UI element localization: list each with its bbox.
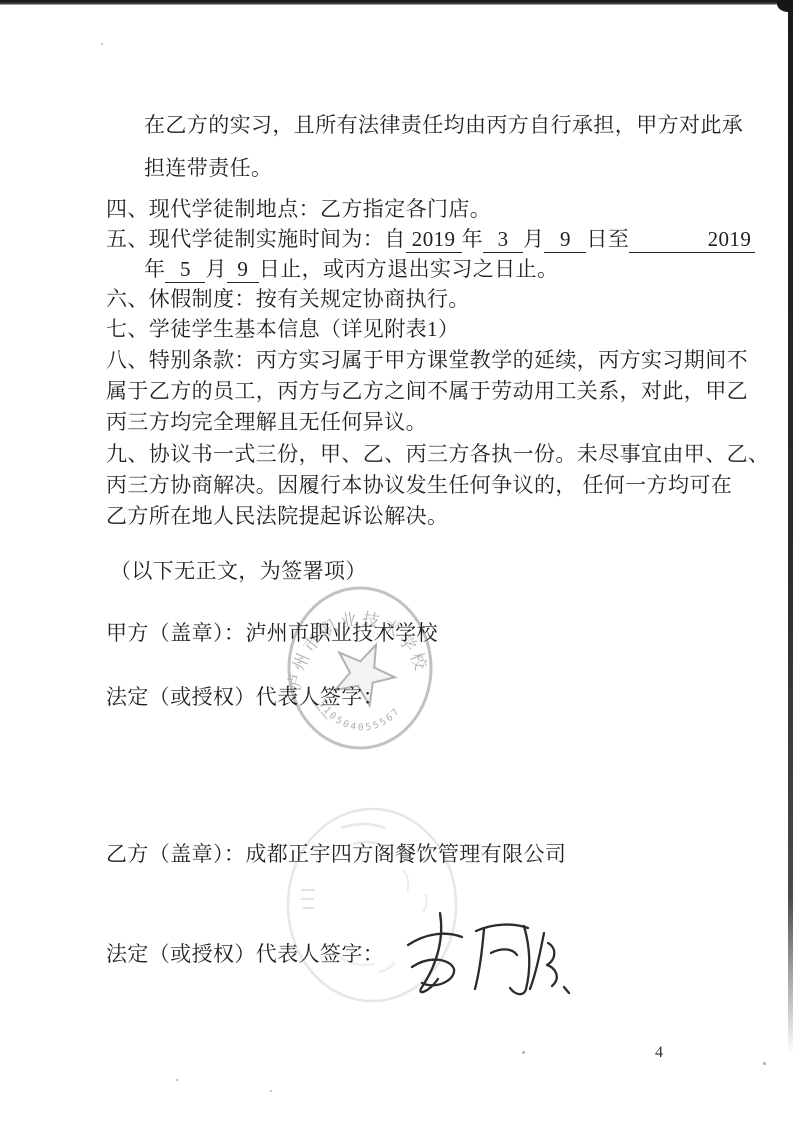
end-month-blank: 5: [165, 256, 205, 283]
clause-8-line-1: 八、特别条款：丙方实习属于甲方课堂教学的延续，丙方实习期间不: [106, 347, 748, 373]
party-b-seal-label: 乙方（盖章）：: [106, 842, 245, 866]
party-a-seal-line: 甲方（盖章）：泸州市职业技术学校: [106, 620, 438, 646]
start-day-blank: 9: [544, 226, 586, 253]
end-year-blank: 2019: [629, 226, 755, 253]
party-a-seal-stamp: 泸州市职业技术学校 510504055567: [285, 584, 435, 752]
scan-speckle: [763, 1062, 766, 1065]
party-b-seal-line: 乙方（盖章）：成都正宇四方阁餐饮管理有限公司: [106, 841, 566, 867]
clause-5-prefix: 五、现代学徒制实施时间为：自: [106, 227, 406, 251]
scan-speckle: [270, 1090, 272, 1092]
clause-6-line: 六、休假制度：按有关规定协商执行。: [106, 286, 470, 312]
scan-speckle: [522, 1051, 525, 1054]
party-b-signature: [396, 905, 571, 1000]
year-label: 年: [144, 257, 165, 281]
clause-7-line: 七、学徒学生基本信息（详见附表1）: [106, 316, 459, 342]
closing-note: （以下无正文，为签署项）: [110, 558, 367, 584]
party-b-rep-line: 法定（或授权）代表人签字：: [106, 941, 384, 967]
clause-9-line-3: 乙方所在地人民法院提起诉讼解决。: [106, 503, 448, 529]
seal-smudge: [301, 890, 315, 908]
scan-edge-right: [788, 0, 793, 1055]
body-text-line: 在乙方的实习，且所有法律责任均由丙方自行承担，甲方对此承: [144, 112, 743, 138]
end-day-blank: 9: [227, 256, 259, 283]
scan-edge-top: [0, 0, 793, 5]
clause-5-line-2: 年5月9日止，或丙方退出实习之日止。: [144, 256, 558, 283]
clause-9-line-2: 丙三方协商解决。因履行本协议发生任何争议的， 任何一方均可在: [106, 472, 732, 498]
party-a-seal-value: 泸州市职业技术学校: [245, 621, 438, 645]
page-number: 4: [655, 1044, 663, 1062]
party-a-seal-label: 甲方（盖章）：: [106, 621, 245, 645]
month-label: 月: [205, 257, 226, 281]
clause-8-line-3: 丙三方均完全理解且无任何异议。: [106, 409, 427, 435]
year-label: 年: [462, 227, 483, 251]
party-a-rep-line: 法定（或授权）代表人签字：: [106, 684, 384, 710]
scan-speckle: [101, 43, 103, 45]
to-label: 日至: [586, 227, 629, 251]
clause-5-line-1: 五、现代学徒制实施时间为：自2019年3月9日至2019: [106, 226, 755, 253]
clause-5-suffix: 日止，或丙方退出实习之日止。: [259, 257, 559, 281]
month-label: 月: [523, 227, 544, 251]
party-b-seal-value: 成都正宇四方阁餐饮管理有限公司: [245, 842, 566, 866]
scan-speckle: [176, 1079, 178, 1081]
clause-4-line: 四、现代学徒制地点：乙方指定各门店。: [106, 196, 491, 222]
scan-corner-mark: [777, 0, 793, 12]
start-month-blank: 3: [483, 226, 523, 253]
clause-9-line-1: 九、协议书一式三份，甲、乙、丙三方各执一份。未尽事宜由甲、乙、: [106, 441, 769, 467]
body-text-line: 担连带责任。: [144, 155, 272, 181]
clause-8-line-2: 属于乙方的员工，丙方与乙方之间不属于劳动用工关系，对此，甲乙: [106, 378, 748, 404]
start-year-blank: 2019: [406, 226, 462, 253]
